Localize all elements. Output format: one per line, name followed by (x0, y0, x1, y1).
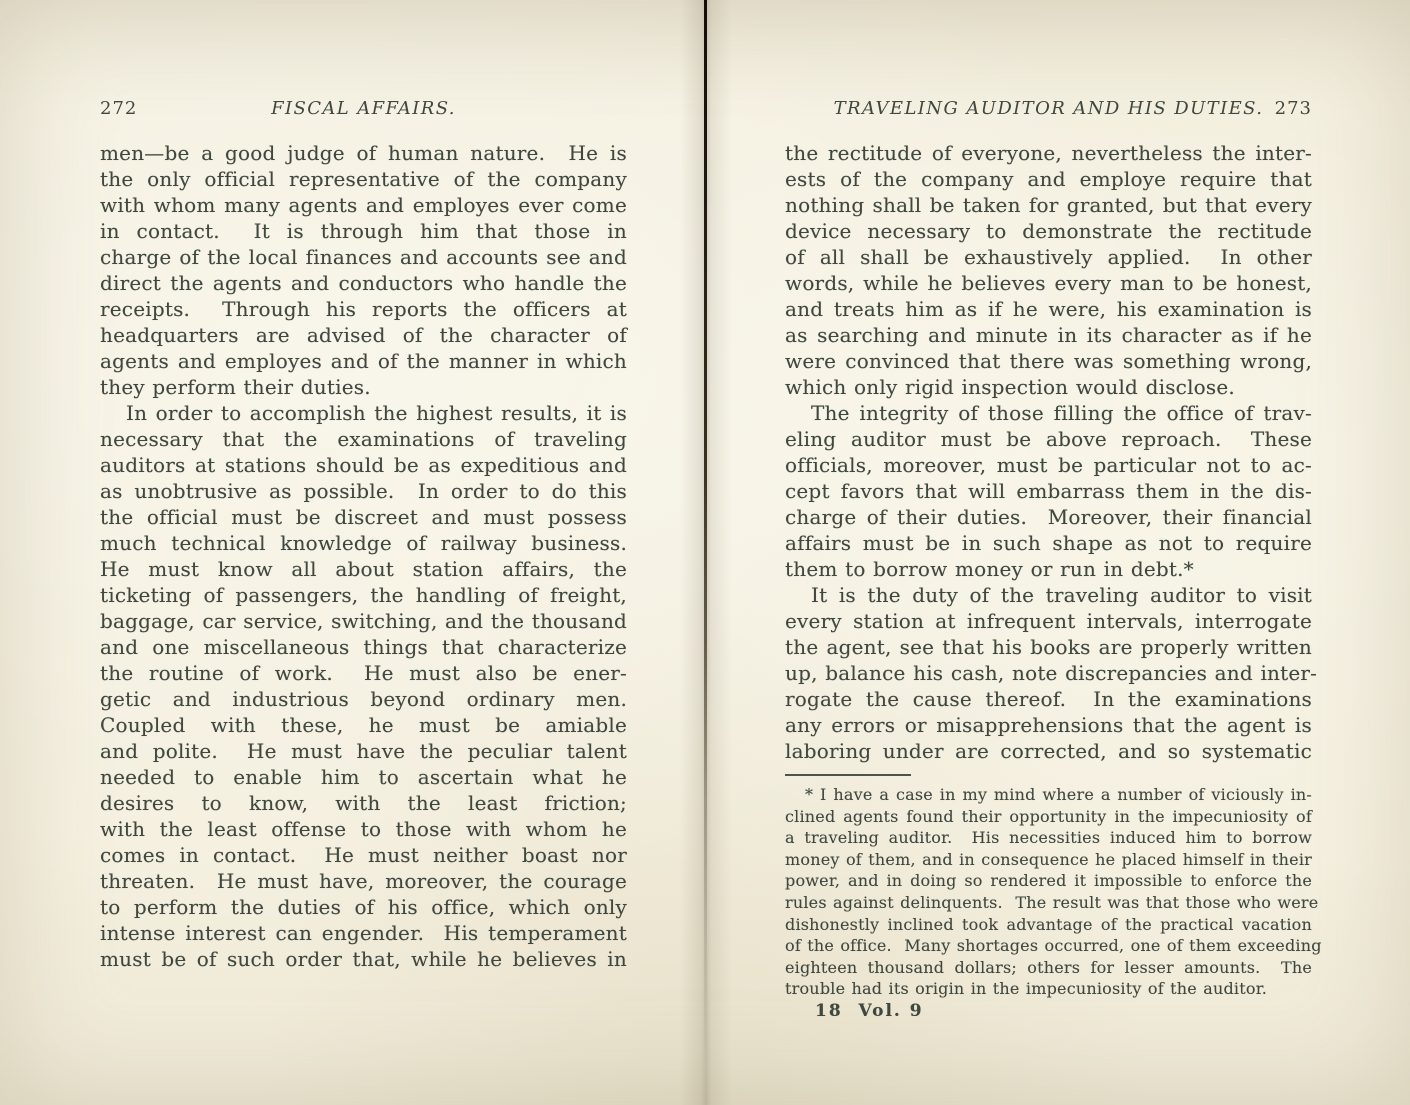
text-line: auditors at stations should be as expedi… (100, 452, 627, 478)
text-line: ticketing of passengers, the handling of… (100, 582, 627, 608)
text-line: words, while he believes every man to be… (785, 270, 1312, 296)
text-line: trouble had its origin in the impecunios… (785, 978, 1312, 1000)
text-line: to perform the duties of his office, whi… (100, 894, 627, 920)
text-line: intense interest can engender. His tempe… (100, 920, 627, 946)
text-line: comes in contact. He must neither boast … (100, 842, 627, 868)
text-line: much technical knowledge of railway busi… (100, 530, 627, 556)
printers-signature: 18 Vol. 9 (785, 1001, 1312, 1021)
text-line: and one miscellaneous things that charac… (100, 634, 627, 660)
text-line: power, and in doing so rendered it impos… (785, 870, 1312, 892)
text-line: rogate the cause thereof. In the examina… (785, 686, 1312, 712)
text-line: It is the duty of the traveling auditor … (785, 582, 1312, 608)
right-text-column: the rectitude of everyone, nevertheless … (785, 140, 1312, 1021)
text-line: charge of their duties. Moreover, their … (785, 504, 1312, 530)
text-line: must be of such order that, while he bel… (100, 946, 627, 972)
page-number-right: 273 (1275, 98, 1312, 119)
right-page-body-text: the rectitude of everyone, nevertheless … (785, 140, 1312, 764)
text-line: the rectitude of everyone, nevertheless … (785, 140, 1312, 166)
running-head-right: TRAVELING AUDITOR AND HIS DUTIES. 273 (785, 98, 1312, 122)
text-line: as searching and minute in its character… (785, 322, 1312, 348)
text-line: Coupled with these, he must be amiable (100, 712, 627, 738)
text-line: a traveling auditor. His necessities ind… (785, 827, 1312, 849)
text-line: the agent, see that his books are proper… (785, 634, 1312, 660)
text-line: were convinced that there was something … (785, 348, 1312, 374)
text-line: In order to accomplish the highest resul… (100, 400, 627, 426)
text-line: with the least offense to those with who… (100, 816, 627, 842)
text-line: and treats him as if he were, his examin… (785, 296, 1312, 322)
text-line: needed to enable him to ascertain what h… (100, 764, 627, 790)
text-line: cept favors that will embarrass them in … (785, 478, 1312, 504)
text-line: any errors or misapprehensions that the … (785, 712, 1312, 738)
running-title-right: TRAVELING AUDITOR AND HIS DUTIES. (785, 98, 1312, 119)
text-line: dishonestly inclined took advantage of t… (785, 914, 1312, 936)
text-line: rules against delinquents. The result wa… (785, 892, 1312, 914)
footnote-text: * I have a case in my mind where a numbe… (785, 784, 1312, 1000)
text-line: every station at infrequent intervals, i… (785, 608, 1312, 634)
book-spread: 272 FISCAL AFFAIRS. men—be a good judge … (0, 0, 1410, 1105)
page-right: TRAVELING AUDITOR AND HIS DUTIES. 273 th… (705, 0, 1410, 1105)
left-text-column: men—be a good judge of human nature. He … (100, 140, 627, 972)
text-line: nothing shall be taken for granted, but … (785, 192, 1312, 218)
text-line: device necessary to demonstrate the rect… (785, 218, 1312, 244)
text-line: clined agents found their opportunity in… (785, 806, 1312, 828)
text-line: ests of the company and employe require … (785, 166, 1312, 192)
text-line: the routine of work. He must also be ene… (100, 660, 627, 686)
text-line: He must know all about station affairs, … (100, 556, 627, 582)
page-number-left: 272 (100, 98, 137, 119)
text-line: eighteen thousand dollars; others for le… (785, 957, 1312, 979)
text-line: which only rigid inspection would disclo… (785, 374, 1312, 400)
text-line: direct the agents and conductors who han… (100, 270, 627, 296)
text-line: headquarters are advised of the characte… (100, 322, 627, 348)
text-line: charge of the local finances and account… (100, 244, 627, 270)
text-line: necessary that the examinations of trave… (100, 426, 627, 452)
text-line: men—be a good judge of human nature. He … (100, 140, 627, 166)
text-line: receipts. Through his reports the office… (100, 296, 627, 322)
text-line: the only official representative of the … (100, 166, 627, 192)
running-head-left: 272 FISCAL AFFAIRS. (100, 98, 627, 122)
page-left: 272 FISCAL AFFAIRS. men—be a good judge … (0, 0, 705, 1105)
text-line: laboring under are corrected, and so sys… (785, 738, 1312, 764)
text-line: affairs must be in such shape as not to … (785, 530, 1312, 556)
footnote-rule (785, 774, 911, 776)
text-line: up, balance his cash, note discrepancies… (785, 660, 1312, 686)
text-line: as unobtrusive as possible. In order to … (100, 478, 627, 504)
text-line: with whom many agents and employes ever … (100, 192, 627, 218)
text-line: * I have a case in my mind where a numbe… (785, 784, 1312, 806)
text-line: and polite. He must have the peculiar ta… (100, 738, 627, 764)
text-line: desires to know, with the least friction… (100, 790, 627, 816)
text-line: getic and industrious beyond ordinary me… (100, 686, 627, 712)
running-title-left: FISCAL AFFAIRS. (100, 98, 627, 119)
text-line: of the office. Many shortages occurred, … (785, 935, 1312, 957)
text-line: of all shall be exhaustively applied. In… (785, 244, 1312, 270)
left-page-body-text: men—be a good judge of human nature. He … (100, 140, 627, 972)
text-line: agents and employes and of the manner in… (100, 348, 627, 374)
text-line: threaten. He must have, moreover, the co… (100, 868, 627, 894)
text-line: they perform their duties. (100, 374, 627, 400)
text-line: the official must be discreet and must p… (100, 504, 627, 530)
text-line: officials, moreover, must be particular … (785, 452, 1312, 478)
text-line: The integrity of those filling the offic… (785, 400, 1312, 426)
text-line: in contact. It is through him that those… (100, 218, 627, 244)
text-line: eling auditor must be above reproach. Th… (785, 426, 1312, 452)
text-line: baggage, car service, switching, and the… (100, 608, 627, 634)
text-line: money of them, and in consequence he pla… (785, 849, 1312, 871)
text-line: them to borrow money or run in debt.* (785, 556, 1312, 582)
